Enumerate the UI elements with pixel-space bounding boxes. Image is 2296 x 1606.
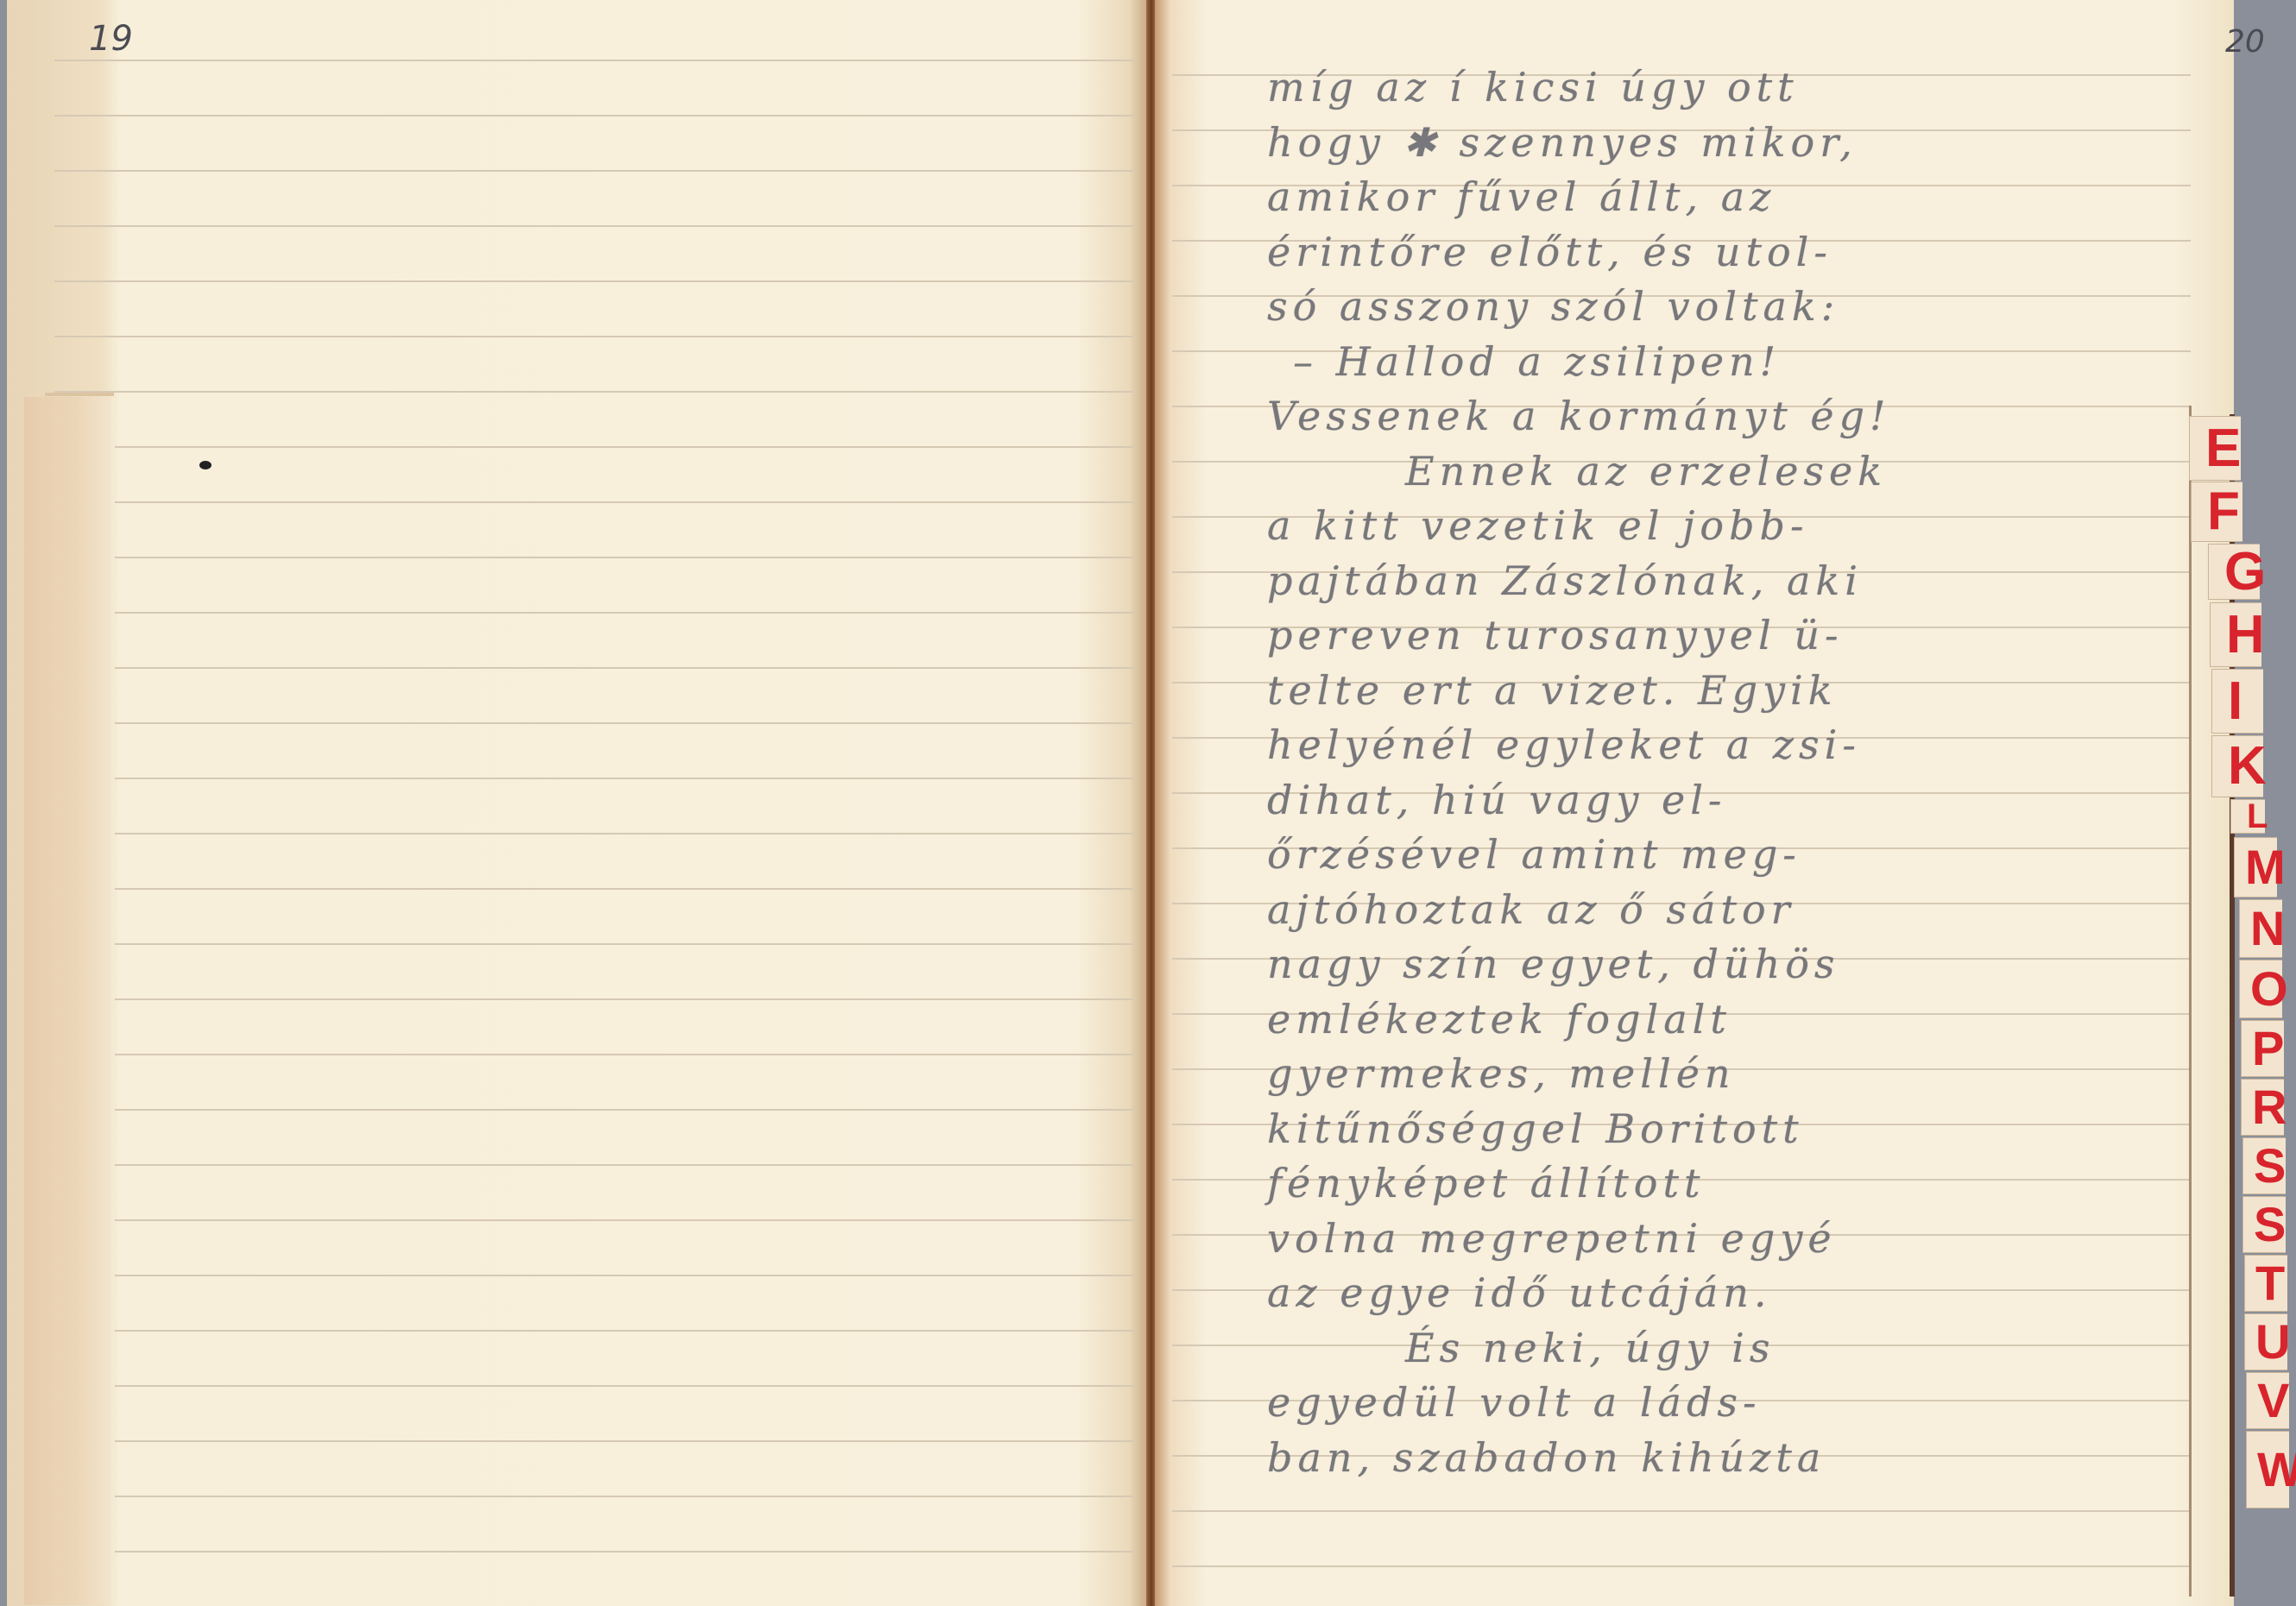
index-tab-n[interactable]: N — [2239, 899, 2282, 958]
text-line: emlékeztek foglalt — [1267, 992, 2199, 1048]
handwritten-text: míg az í kicsi úgy ott hogy ✱ szennyes m… — [1267, 60, 2199, 1485]
index-tab-e[interactable]: E — [2189, 416, 2241, 481]
index-tab-t[interactable]: T — [2244, 1255, 2287, 1312]
text-line: nagy szín egyet, dühös — [1267, 937, 2199, 992]
text-line: só asszony szól voltak: — [1267, 280, 2199, 335]
text-line: dihat, hiú vagy el- — [1267, 773, 2199, 828]
alphabet-index-tabs: E F G H I K L M N O P R S S T U V W — [2199, 406, 2296, 1606]
index-tab-f[interactable]: F — [2191, 482, 2242, 542]
index-tab-o[interactable]: O — [2239, 960, 2282, 1018]
text-line: pajtában Zászlónak, aki — [1267, 554, 2199, 609]
text-line: az egye idő utcáján. — [1267, 1266, 2199, 1321]
text-line: őrzésével amint meg- — [1267, 828, 2199, 883]
text-line: – Hallod a zsilipen! — [1267, 335, 2199, 390]
index-tab-h[interactable]: H — [2210, 602, 2261, 667]
text-line: kitűnőséggel Boritott — [1267, 1102, 2199, 1157]
text-line: hogy ✱ szennyes mikor, — [1267, 116, 2199, 171]
page-number-left: 19 — [89, 19, 133, 59]
text-line: És neki, úgy is — [1267, 1321, 2199, 1376]
index-tab-k[interactable]: K — [2211, 735, 2263, 797]
index-tab-p[interactable]: P — [2241, 1020, 2284, 1077]
page-fold-edge — [45, 393, 114, 396]
text-line: egyedül volt a láds- — [1267, 1376, 2199, 1431]
torn-page-stub — [24, 397, 110, 1605]
index-tab-r[interactable]: R — [2241, 1079, 2284, 1136]
page-number-right: 20 — [2225, 24, 2265, 60]
text-line: Vessenek a kormányt ég! — [1267, 389, 2199, 444]
text-line: Ennek az erzelesek — [1267, 444, 2199, 500]
index-tab-w[interactable]: W — [2246, 1431, 2289, 1508]
text-line: telte ert a vizet. Egyik — [1267, 664, 2199, 719]
index-tab-v[interactable]: V — [2246, 1372, 2289, 1429]
text-line: amikor fűvel állt, az — [1267, 170, 2199, 225]
notebook-spread: 19 20 míg az í kicsi úgy ott hogy ✱ szen… — [7, 0, 2296, 1606]
text-line: fényképet állított — [1267, 1156, 2199, 1212]
ruled-lines-top — [54, 6, 1133, 393]
text-line: a kitt vezetik el jobb- — [1267, 499, 2199, 554]
index-tab-m[interactable]: M — [2234, 837, 2277, 897]
index-tab-i[interactable]: I — [2211, 669, 2263, 734]
index-tab-s[interactable]: S — [2242, 1137, 2286, 1194]
text-line: pereven turosanyyel ü- — [1267, 608, 2199, 664]
index-tab-u[interactable]: U — [2244, 1313, 2287, 1370]
text-line: érintőre előtt, és utol- — [1267, 225, 2199, 280]
ink-speck — [199, 461, 211, 469]
page-edge — [2189, 406, 2192, 1597]
index-tab-l[interactable]: L — [2230, 799, 2265, 834]
left-page: 19 — [7, 0, 1148, 1606]
index-tab-s2[interactable]: S — [2242, 1196, 2286, 1253]
text-line: ban, szabadon kihúzta — [1267, 1431, 2199, 1486]
overlapping-page-top — [7, 0, 1148, 393]
text-line: ajtóhoztak az ő sátor — [1267, 883, 2199, 938]
text-line: míg az í kicsi úgy ott — [1267, 60, 2199, 116]
text-line: volna megrepetni egyé — [1267, 1212, 2199, 1267]
index-tab-g[interactable]: G — [2208, 544, 2260, 600]
text-line: gyermekes, mellén — [1267, 1047, 2199, 1102]
text-line: helyénél egyleket a zsi- — [1267, 718, 2199, 773]
